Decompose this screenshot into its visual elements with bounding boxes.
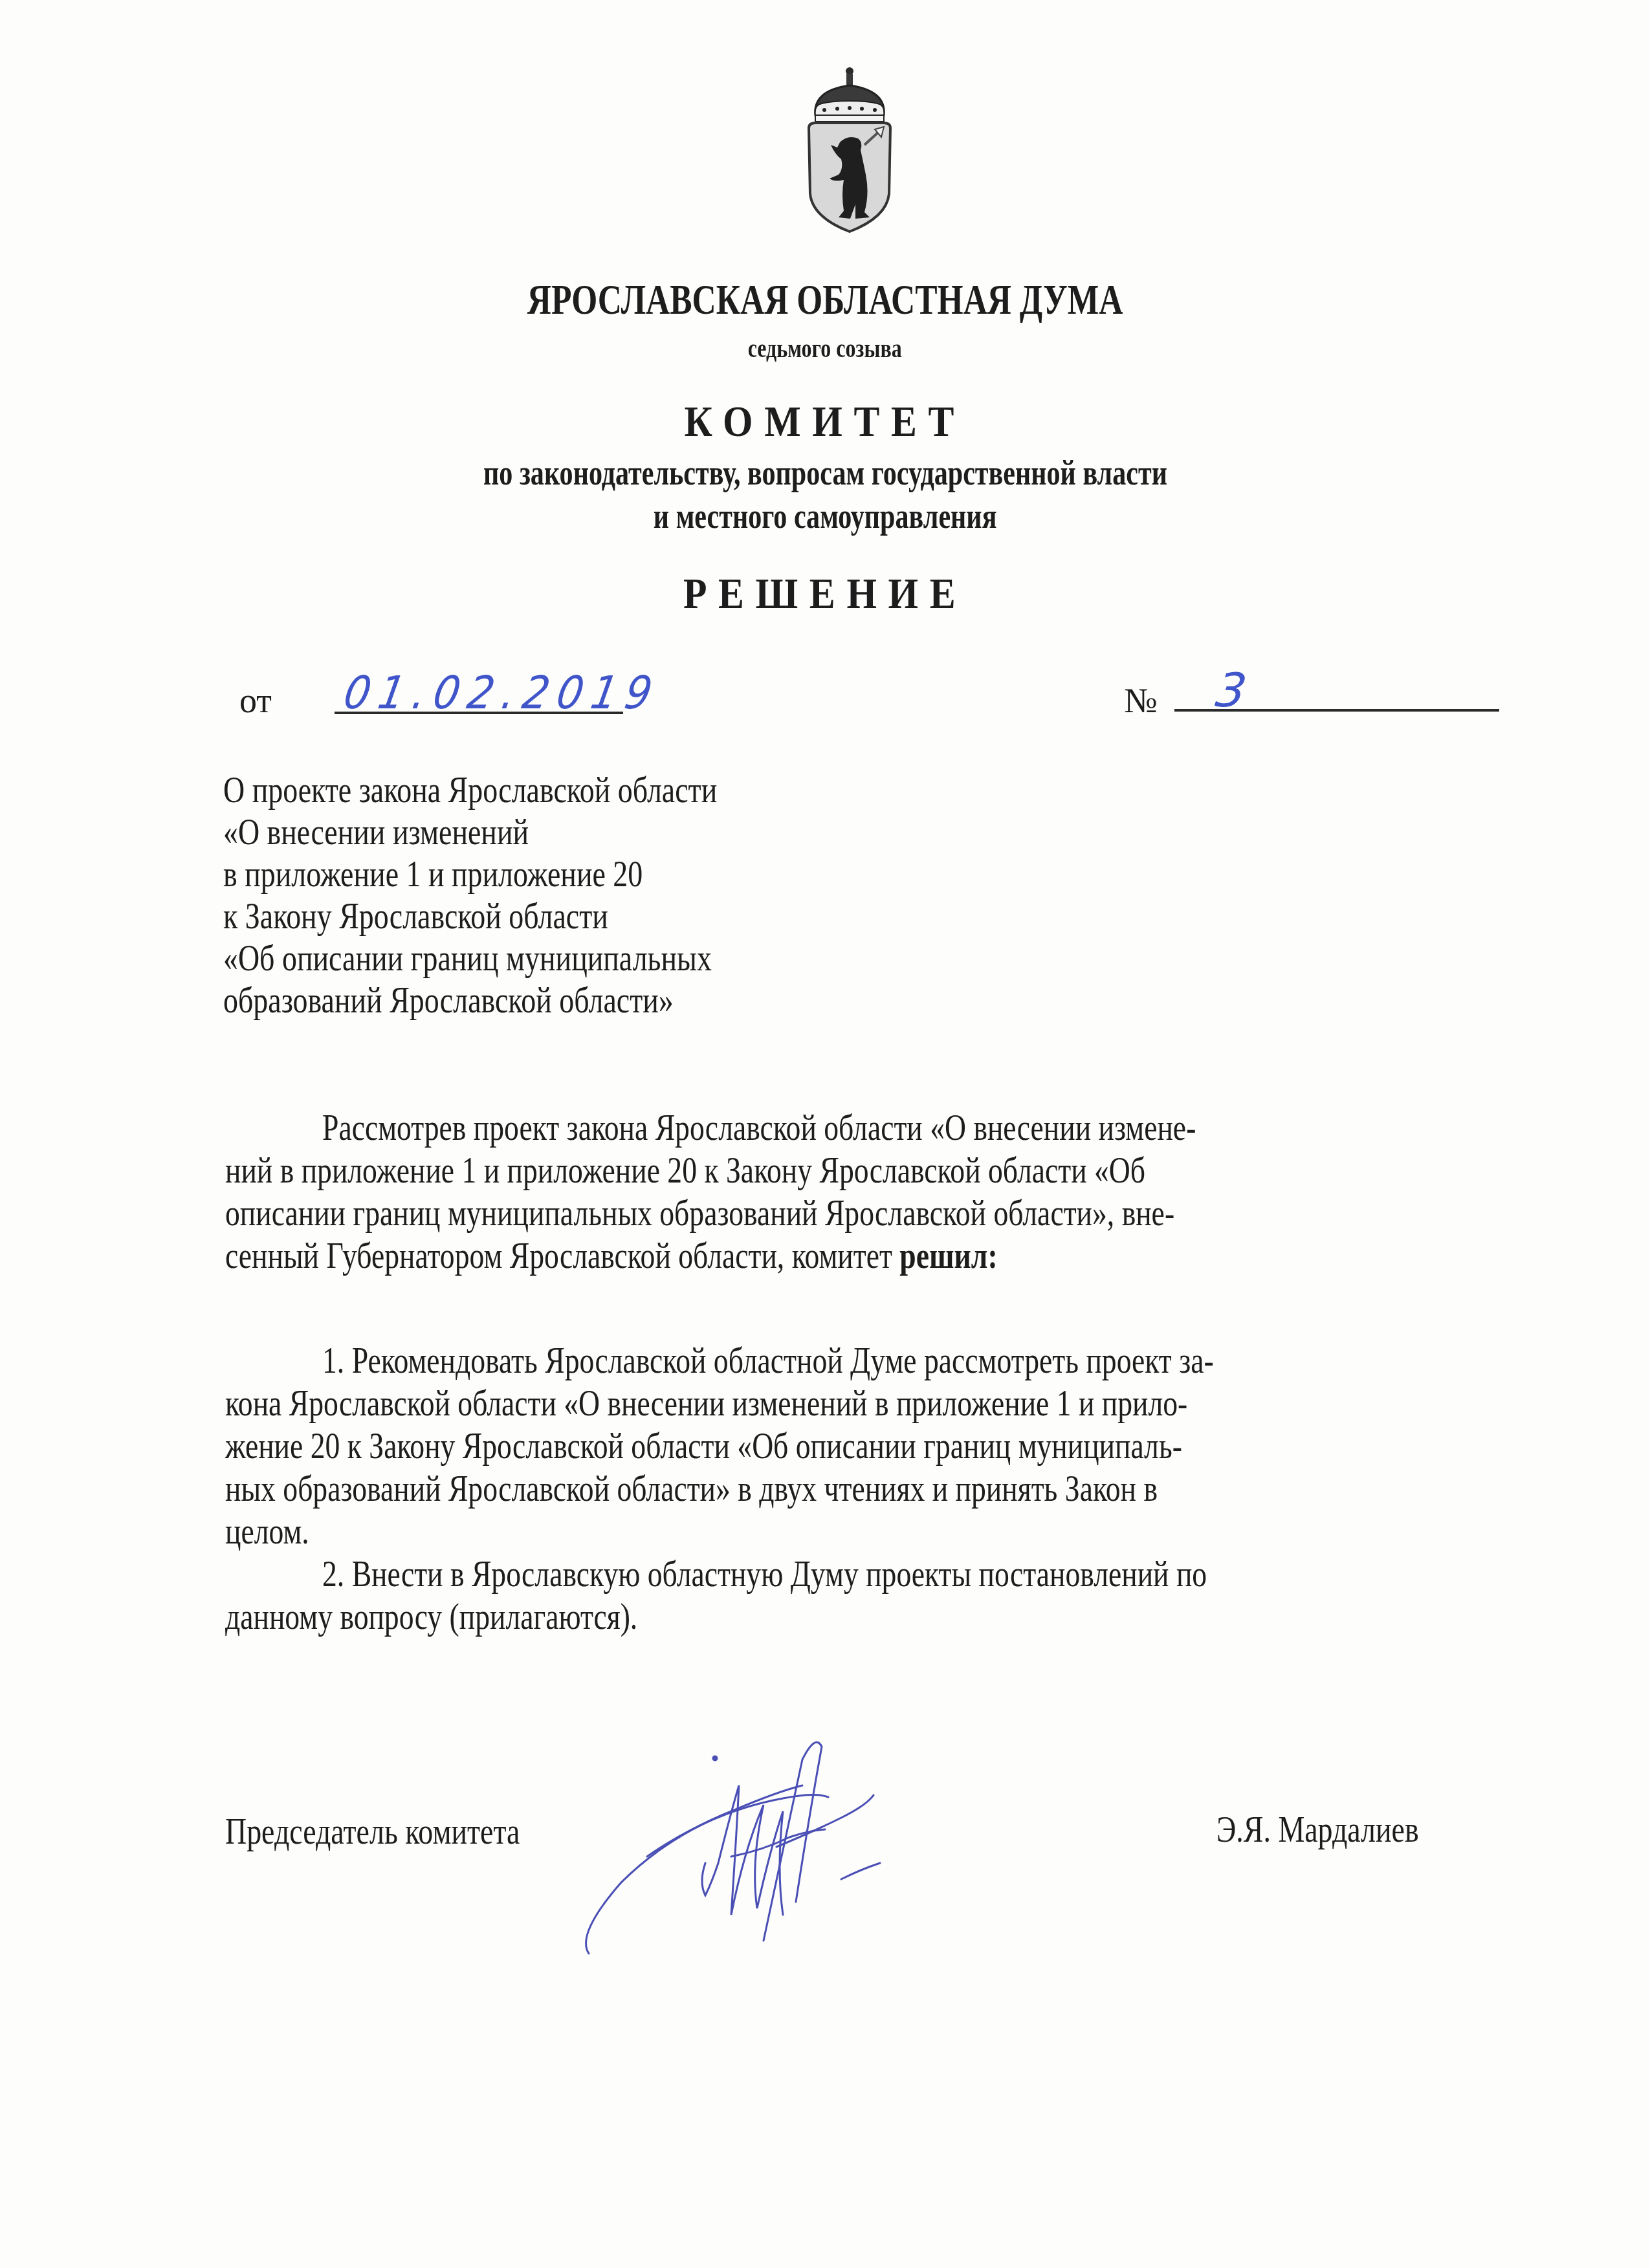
paragraph-line: ний в приложение 1 и приложение 20 к Зак… [225,1150,1354,1193]
paragraph-line: кона Ярославской области «О внесении изм… [225,1383,1406,1426]
handwritten-signature [569,1721,1100,1979]
subject-line: О проекте закона Ярославской области [223,770,826,812]
subject-line: «Об описании границ муниципальных [223,938,826,980]
organization-title: ЯРОСЛАВСКАЯ ОБЛАСТНАЯ ДУМА [0,276,1650,325]
paragraph-line: Рассмотрев проект закона Ярославской обл… [322,1107,1488,1150]
date-underline [335,712,623,714]
signatory-position: Председатель комитета [225,1811,584,1853]
paragraph-line: сенный Губернатором Ярославской области,… [225,1236,1173,1278]
number-label: № [1124,681,1158,721]
number-underline [1174,709,1499,712]
committee-description-line2: и местного самоуправления [0,496,1650,536]
date-label: от [239,681,272,721]
decision-keyword: решил: [899,1236,997,1276]
subject-line: «О внесении изменений [223,812,826,854]
paragraph-line: описании границ муниципальных образовани… [225,1193,1390,1236]
paragraph-line: 2. Внести в Ярославскую областную Думу п… [322,1554,1408,1597]
paragraph-line: 1. Рекомендовать Ярославской областной Д… [322,1340,1416,1383]
signatory-name: Э.Я. Мардалиев [1216,1809,1463,1851]
subject-line: образований Ярославской области» [223,980,826,1022]
subject-line: к Закону Ярославской области [223,896,826,938]
subject-line: в приложение 1 и приложение 20 [223,854,826,896]
paragraph-line: целом. [225,1511,328,1554]
document-subject: О проекте закона Ярославской области «О … [223,770,826,1022]
paragraph-line: ных образований Ярославской области» в д… [225,1468,1369,1511]
committee-description-line1: по законодательству, вопросам государств… [0,453,1650,493]
paragraph-line: данному вопросу (прилагаются). [225,1597,731,1639]
document-type-heading: РЕШЕНИЕ [0,568,1650,619]
coat-of-arms-icon [801,65,898,234]
convocation-subtitle: седьмого созыва [0,333,1650,364]
paragraph-line: жение 20 к Закону Ярославской области «О… [225,1426,1400,1468]
committee-heading: КОМИТЕТ [0,396,1650,447]
